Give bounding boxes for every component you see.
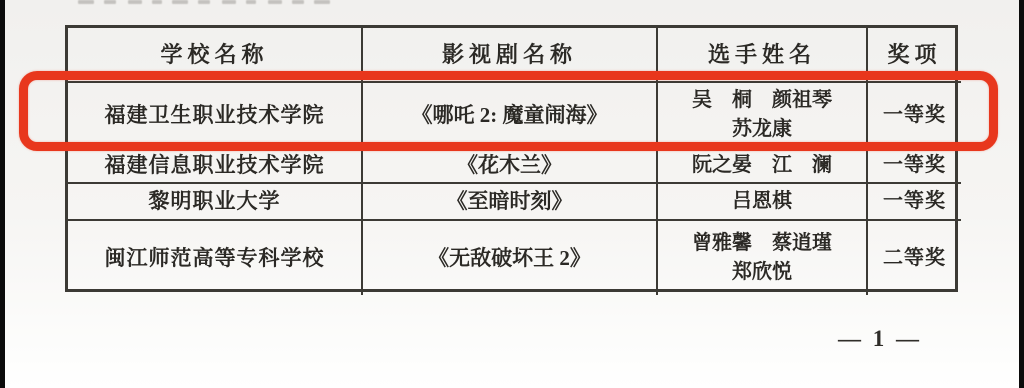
cell-award: 一等奖	[868, 184, 961, 221]
column-header-contestants: 选手姓名	[658, 28, 868, 83]
document-page: 学校名称 影视剧名称 选手姓名 奖项 福建卫生职业技术学院 《哪吒 2: 魔童闹…	[0, 0, 1024, 388]
cell-film: 《花木兰》	[363, 149, 658, 184]
cell-school: 闽江师范高等专科学校	[68, 221, 363, 295]
cell-film: 《无敌破坏王 2》	[363, 221, 658, 295]
page-number: — 1 —	[818, 326, 942, 352]
cell-award: 二等奖	[868, 221, 961, 295]
column-header-award: 奖项	[868, 28, 961, 83]
cell-contestants: 曾雅馨 蔡逍瑾 郑欣悦	[658, 221, 868, 295]
column-header-school: 学校名称	[68, 28, 363, 83]
cell-contestants: 阮之晏 江 澜	[658, 149, 868, 184]
cell-film: 《至暗时刻》	[363, 184, 658, 221]
right-letterbox-bar	[1019, 0, 1024, 388]
column-header-film: 影视剧名称	[363, 28, 658, 83]
cell-contestants: 吴 桐 颜祖琴 苏龙康	[658, 83, 868, 149]
cell-contestants: 吕恩棋	[658, 184, 868, 221]
results-table: 学校名称 影视剧名称 选手姓名 奖项 福建卫生职业技术学院 《哪吒 2: 魔童闹…	[65, 25, 958, 292]
cell-school: 福建卫生职业技术学院	[68, 83, 363, 149]
cell-school: 福建信息职业技术学院	[68, 149, 363, 184]
cell-award: 一等奖	[868, 149, 961, 184]
cell-film: 《哪吒 2: 魔童闹海》	[363, 83, 658, 149]
cell-award: 一等奖	[868, 83, 961, 149]
cell-school: 黎明职业大学	[68, 184, 363, 221]
left-letterbox-bar	[0, 0, 5, 388]
cropped-top-text-remnant	[0, 0, 1024, 7]
